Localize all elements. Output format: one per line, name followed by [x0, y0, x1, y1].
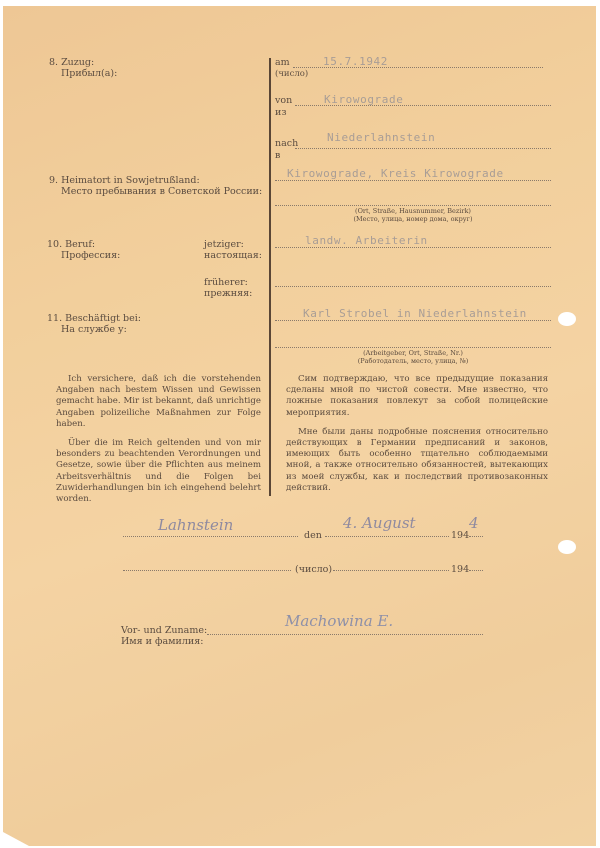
from-label-ru: из	[275, 107, 287, 118]
document-page: 8. Zuzug: Прибыл(а): am (число) 15.7.194…	[3, 6, 596, 846]
item11-caption-de: (Arbeitgeber, Ort, Straße, Nr.)	[275, 349, 551, 357]
name-signature[interactable]: Machowina E.	[285, 612, 393, 630]
ru-date-label: (число)	[295, 564, 332, 575]
declaration-ru: Сим подтверждаю, что все предыдущие пока…	[286, 374, 548, 502]
date-label-ru: (число)	[275, 69, 308, 80]
date-line-de	[325, 536, 449, 537]
item9-caption-de: (Ort, Straße, Hausnummer, Bezirk)	[275, 207, 551, 215]
item11-line-1	[275, 320, 551, 321]
declaration-ru-p1: Сим подтверждаю, что все предыдущие пока…	[286, 374, 548, 419]
item9-caption-ru: (Место, улица, номер дома, округ)	[275, 215, 551, 223]
den-label: den	[304, 530, 322, 541]
item11-line-2	[275, 347, 551, 348]
year-handwritten[interactable]: 4	[469, 514, 479, 532]
declaration-ru-p2: Мне были даны подробные пояснения относи…	[286, 427, 548, 494]
item9-value[interactable]: Kirowograde, Kreis Kirowograde	[287, 167, 504, 180]
current-job-label-de: jetziger:	[204, 239, 244, 250]
year-line	[469, 536, 483, 537]
date-label-de: am	[275, 57, 290, 68]
date-value[interactable]: 15.7.1942	[323, 55, 388, 68]
item10-label-de: 10. Beruf:	[47, 239, 95, 250]
item8-label-ru: Прибыл(а):	[61, 68, 117, 79]
item11-label-de: 11. Beschäftigt bei:	[47, 313, 141, 324]
punch-hole	[558, 312, 576, 326]
ru-date-line	[333, 570, 449, 571]
item11-label-ru: На службе у:	[61, 324, 127, 335]
place-line	[123, 536, 298, 537]
former-job-label-de: früherer:	[204, 277, 248, 288]
name-label-ru: Имя и фамилия:	[121, 636, 203, 647]
item9-line-1	[275, 180, 551, 181]
column-divider	[269, 58, 271, 496]
to-value[interactable]: Niederlahnstein	[327, 131, 435, 144]
declaration-de-p2: Über die im Reich geltenden und von mir …	[56, 438, 261, 505]
declaration-de-p1: Ich versichere, daß ich die vorstehenden…	[56, 374, 261, 430]
item9-label-ru: Место пребывания в Советской России:	[61, 186, 262, 197]
place-handwritten[interactable]: Lahnstein	[158, 516, 233, 534]
date-handwritten[interactable]: 4. August	[343, 514, 416, 532]
to-label-ru: в	[275, 150, 280, 161]
punch-hole	[558, 540, 576, 554]
year-prefix: 194	[451, 530, 469, 541]
former-job-label-ru: прежняя:	[204, 288, 252, 299]
current-job-value[interactable]: landw. Arbeiterin	[305, 234, 428, 247]
ru-year-prefix: 194	[451, 564, 469, 575]
declaration-de: Ich versichere, daß ich die vorstehenden…	[56, 374, 261, 513]
item9-label-de: 9. Heimatort in Sowjetrußland:	[49, 175, 200, 186]
item11-caption-ru: (Работодатель, место, улица, №)	[275, 357, 551, 365]
to-line	[295, 148, 551, 149]
item10-label-ru: Профессия:	[61, 250, 120, 261]
name-label-de: Vor- und Zuname:	[121, 625, 207, 636]
ru-year-line	[469, 570, 483, 571]
current-job-label-ru: настоящая:	[204, 250, 262, 261]
item9-line-2	[275, 205, 551, 206]
item8-label-de: 8. Zuzug:	[49, 57, 94, 68]
current-job-line	[275, 247, 551, 248]
name-line	[207, 634, 483, 635]
ru-place-line	[123, 570, 291, 571]
from-value[interactable]: Kirowograde	[324, 93, 403, 106]
from-label-de: von	[275, 95, 292, 106]
item11-value[interactable]: Karl Strobel in Niederlahnstein	[303, 307, 527, 320]
former-job-line	[275, 286, 551, 287]
